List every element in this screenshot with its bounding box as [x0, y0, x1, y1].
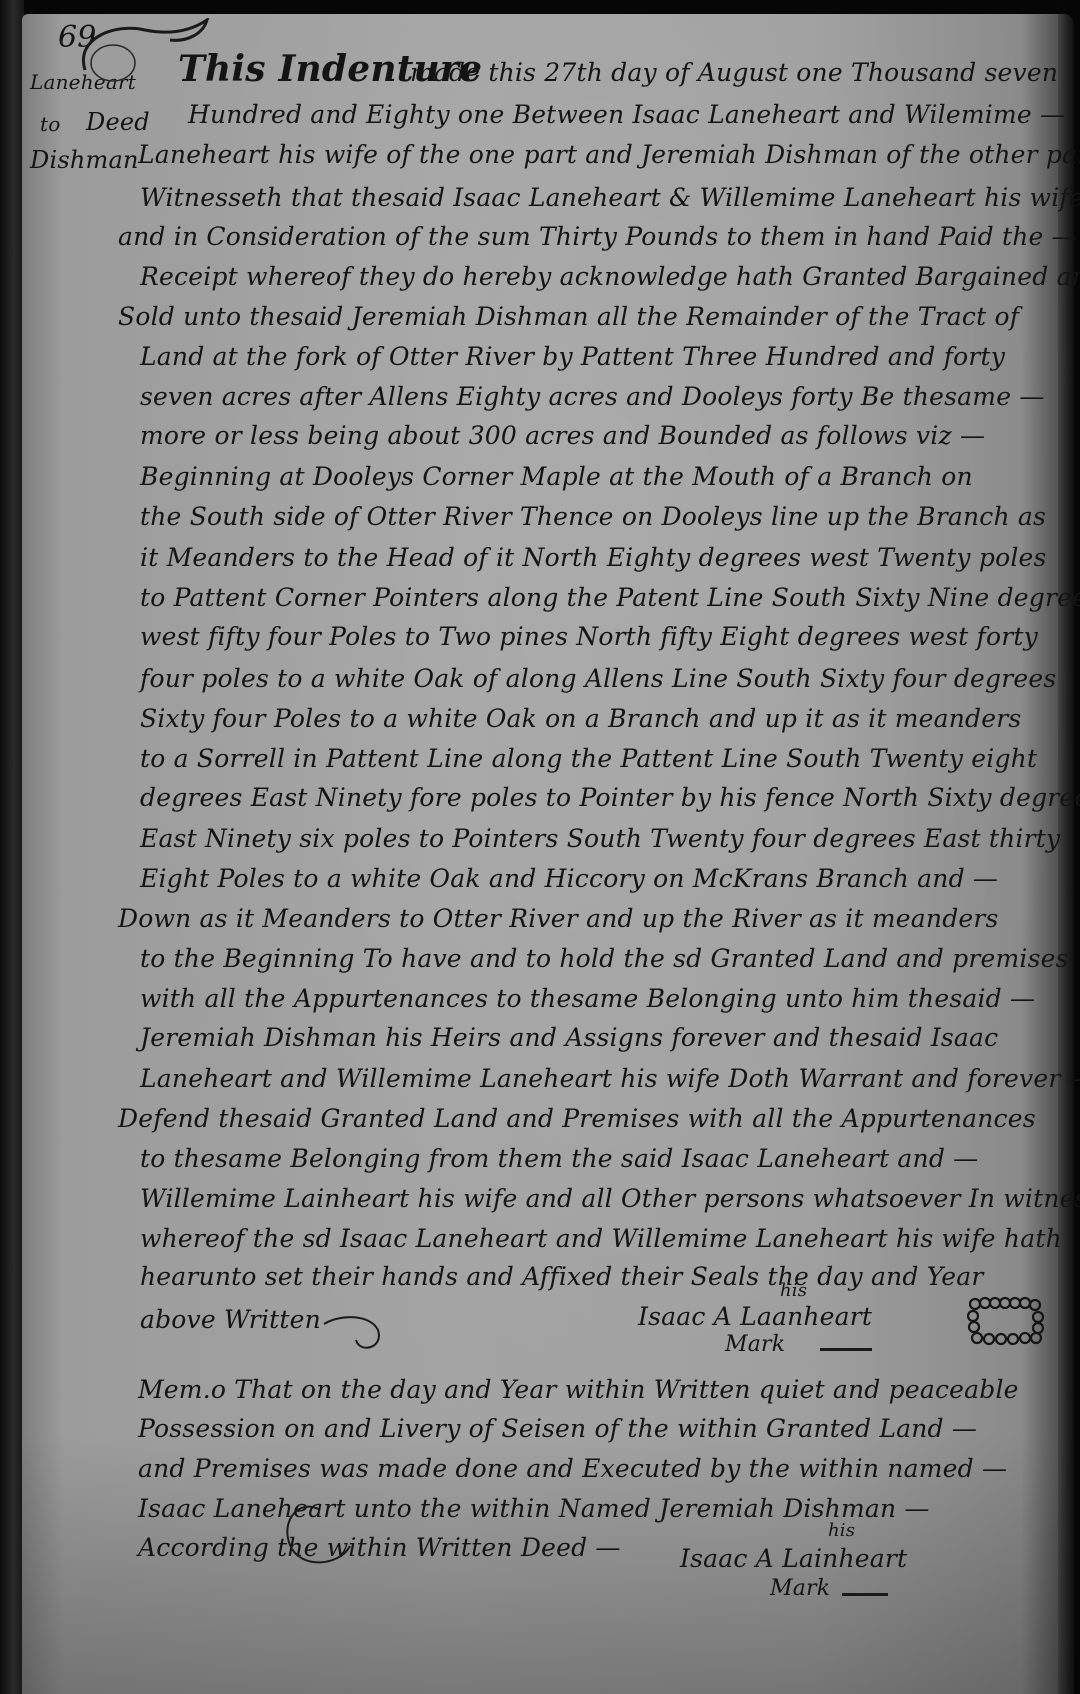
- body-line-31: hearunto set their hands and Affixed the…: [140, 1262, 984, 1291]
- signature-1-underline: [820, 1348, 872, 1351]
- body-line-4: Witnesseth that thesaid Isaac Laneheart …: [140, 183, 1080, 212]
- body-line-8: Land at the fork of Otter River by Patte…: [140, 342, 1005, 371]
- margin-note-deed: Deed: [86, 108, 150, 136]
- body-line-3: Laneheart his wife of the one part and J…: [138, 140, 1080, 169]
- memo-line-1: Mem.o That on the day and Year within Wr…: [138, 1375, 1019, 1404]
- margin-note-dishman: Dishman: [30, 146, 139, 174]
- memo-line-3: and Premises was made done and Executed …: [138, 1454, 1007, 1483]
- signature-1-his: his: [780, 1280, 807, 1301]
- wax-seal-scroll-icon: [967, 1296, 1045, 1346]
- memo-line-2: Possession on and Livery of Seisen of th…: [138, 1414, 977, 1443]
- body-line-5: and in Consideration of the sum Thirty P…: [118, 222, 1077, 251]
- body-line-7: Sold unto thesaid Jeremiah Dishman all t…: [118, 302, 1019, 331]
- closing-flourish-icon: [320, 1310, 390, 1360]
- left-page-edge: [0, 0, 24, 1694]
- signature-1-mark: Mark: [725, 1332, 785, 1357]
- body-line-17: Sixty four Poles to a white Oak on a Bra…: [140, 704, 1021, 733]
- body-line-27: Defend thesaid Granted Land and Premises…: [118, 1104, 1036, 1133]
- body-line-28: to thesame Belonging from them the said …: [140, 1144, 978, 1173]
- body-line-6: Receipt whereof they do hereby acknowled…: [140, 262, 1080, 291]
- body-line-12: the South side of Otter River Thence on …: [140, 502, 1046, 531]
- signature-2-name: Isaac A Lainheart: [680, 1544, 907, 1573]
- body-line-26: Laneheart and Willemime Laneheart his wi…: [140, 1064, 1080, 1093]
- right-page-shadow: [1058, 0, 1080, 1694]
- body-line-16: four poles to a white Oak of along Allen…: [140, 664, 1056, 693]
- body-line-24: with all the Appurtenances to thesame Be…: [140, 984, 1035, 1013]
- scanned-page-frame: 69 Laneheart to Deed Dishman This Indent…: [0, 0, 1080, 1694]
- body-line-15: west fifty four Poles to Two pines North…: [140, 622, 1038, 651]
- body-line-18: to a Sorrell in Pattent Line along the P…: [140, 744, 1037, 773]
- body-line-25: Jeremiah Dishman his Heirs and Assigns f…: [140, 1023, 998, 1052]
- body-line-32: above Written: [140, 1305, 321, 1334]
- body-line-1: made this 27th day of August one Thousan…: [410, 58, 1058, 87]
- signature-2-his: his: [828, 1520, 855, 1541]
- body-line-10: more or less being about 300 acres and B…: [140, 421, 985, 450]
- body-line-19: degrees East Ninety fore poles to Pointe…: [140, 783, 1080, 812]
- body-line-30: whereof the sd Isaac Laneheart and Wille…: [140, 1224, 1062, 1253]
- body-line-23: to the Beginning To have and to hold the…: [140, 944, 1069, 973]
- deed-flourish-icon: [260, 1500, 360, 1575]
- body-line-11: Beginning at Dooleys Corner Maple at the…: [140, 462, 973, 491]
- body-line-22: Down as it Meanders to Otter River and u…: [118, 904, 999, 933]
- body-line-20: East Ninety six poles to Pointers South …: [140, 824, 1060, 853]
- body-line-14: to Pattent Corner Pointers along the Pat…: [140, 583, 1080, 612]
- margin-note-to: to: [40, 112, 60, 136]
- body-line-29: Willemime Lainheart his wife and all Oth…: [140, 1184, 1080, 1213]
- memo-line-5: According the within Written Deed —: [138, 1533, 621, 1562]
- body-line-2: Hundred and Eighty one Between Isaac Lan…: [188, 100, 1065, 129]
- body-line-9: seven acres after Allens Eighty acres an…: [140, 382, 1045, 411]
- signature-1-name: Isaac A Laanheart: [638, 1302, 872, 1331]
- body-line-21: Eight Poles to a white Oak and Hiccory o…: [140, 864, 998, 893]
- signature-2-underline: [842, 1593, 888, 1596]
- memo-line-4: Isaac Laneheart unto the within Named Je…: [138, 1494, 930, 1523]
- body-line-13: it Meanders to the Head of it North Eigh…: [140, 543, 1047, 572]
- signature-2-mark: Mark: [770, 1576, 830, 1601]
